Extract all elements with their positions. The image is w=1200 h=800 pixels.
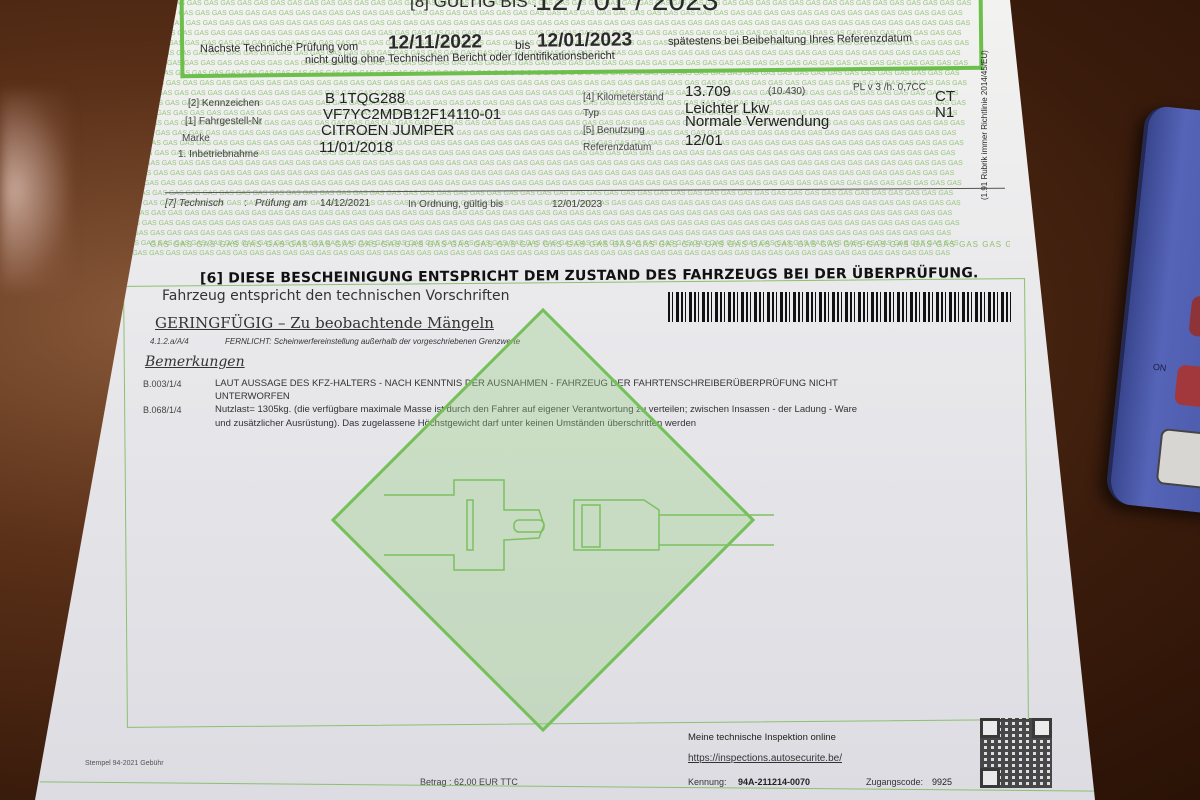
mileage-extra: (10.430) [768,86,805,97]
make-value: CITROEN JUMPER [321,122,454,139]
usage-value: Normale Verwendung [685,113,829,130]
technical-label: [7] Technisch [165,198,224,209]
gas-watermark-row: GAS GAS GAS GAS GAS GAS GAS GAS GAS GAS … [125,220,1015,227]
access-label: Zugangscode: [866,777,923,787]
reference-date-label: Referenzdatum [583,142,651,153]
qr-finder [980,718,1000,738]
gas-watermark-row: GAS GAS GAS GAS GAS GAS GAS GAS GAS GAS … [116,230,1006,237]
valid-until-label: [8] GÜLTIG BIS : [410,0,537,12]
calculator-on-label: ON [1152,362,1166,373]
gas-watermark-row: GAS GAS GAS GAS GAS GAS GAS GAS GAS GAS … [127,180,1017,187]
first-registration-value: 11/01/2018 [319,139,393,156]
calculator-key [1188,296,1200,340]
gas-watermark-row: GAS GAS GAS GAS GAS GAS GAS GAS GAS GAS … [117,210,1007,217]
calculator-on-key [1174,364,1200,408]
gas-watermark-row: GAS GAS GAS GAS GAS GAS GAS GAS GAS GAS … [115,250,1005,257]
calculator: ON [1104,105,1200,516]
gas-watermark-row: GAS GAS GAS GAS GAS GAS GAS GAS GAS GAS … [130,120,1020,127]
gas-watermark-text: GAS GAS GAS GAS GAS GAS GAS GAS GAS GAS … [150,240,1010,249]
vin-label: [1] Fahrgestell-Nr [185,116,262,127]
gas-watermark-row: GAS GAS GAS GAS GAS GAS GAS GAS GAS GAS … [122,130,1012,137]
status-date: 12/01/2023 [552,199,602,210]
tested-label: Prüfung am [255,198,307,209]
gas-watermark-row: GAS GAS GAS GAS GAS GAS GAS GAS GAS GAS … [129,140,1019,147]
defect-code: 4.1.2.a/A/4 [150,337,189,346]
side-text: (1.91 Rubrik immer Richtlinie 2014/45/EU… [980,50,989,200]
id-label: Kennung: [688,777,727,787]
remarks-heading: Bemerkungen [145,354,245,370]
plv-note: PL v 3 /h. 0,7CC [853,82,926,93]
stamp-text: Stempel 94-2021 Gebühr [85,760,164,767]
first-registration-label: 1. Inbetriebnahme [178,149,259,160]
plate-label: [2] Kennzeichen [188,98,260,109]
online-title: Meine technische Inspektion online [688,732,836,743]
type-label: Typ [583,108,599,119]
gas-watermark-row: GAS GAS GAS GAS GAS GAS GAS GAS GAS GAS … [120,170,1010,177]
defects-heading: GERINGFÜGIG – Zu beobachtende Mängeln [155,314,494,332]
defect-text: FERNLICHT: Scheinwerfereinstellung außer… [225,337,520,346]
valid-until-value: 12 / 01 / 2023 [535,0,719,18]
qr-code[interactable] [980,718,1052,788]
reference-date-value: 12/01 [685,132,723,149]
category-n1: N1 [935,104,954,121]
online-link[interactable]: https://inspections.autosecurite.be/ [688,753,842,764]
remark-code-1: B.003/1/4 [143,379,182,389]
next-inspection-to: 12/01/2023 [537,29,632,52]
vin-value: VF7YC2MDB12F14110-01 [323,106,501,123]
id-value: 94A-211214-0070 [738,777,810,787]
qr-finder [1032,718,1052,738]
remark-code-2: B.068/1/4 [143,405,182,415]
gas-watermark-row: GAS GAS GAS GAS GAS GAS GAS GAS GAS GAS … [128,160,1018,167]
seatbelt-icon [354,470,794,580]
status-label: In Ordnung, gültig bis [408,199,503,210]
usage-label: [5] Benutzung [583,125,645,136]
calculator-clear-key [1156,428,1200,490]
mileage-value: 13.709 [685,83,731,100]
next-inspection-between: bis [515,38,530,52]
category-ct: CT [935,88,955,105]
gas-watermark-row: GAS GAS GAS GAS GAS GAS GAS GAS GAS GAS … [131,100,1021,107]
inspection-certificate: GAS GAS GAS GAS GAS GAS GAS GAS GAS GAS … [0,0,1200,800]
mileage-label: [4] Kilometerstand [583,92,664,103]
tested-date: 14/12/2021 [320,198,370,209]
remark-line-1b: UNTERWORFEN [215,391,290,402]
technical-sep: : [244,198,247,209]
make-label: Marke [182,133,210,144]
barcode [668,292,1013,322]
qr-finder [980,768,1000,788]
access-value: 9925 [932,777,952,787]
plate-value: B 1TQG288 [325,90,405,107]
conformity-text: Fahrzeug entspricht den technischen Vors… [162,288,510,304]
table-glare [0,90,70,290]
